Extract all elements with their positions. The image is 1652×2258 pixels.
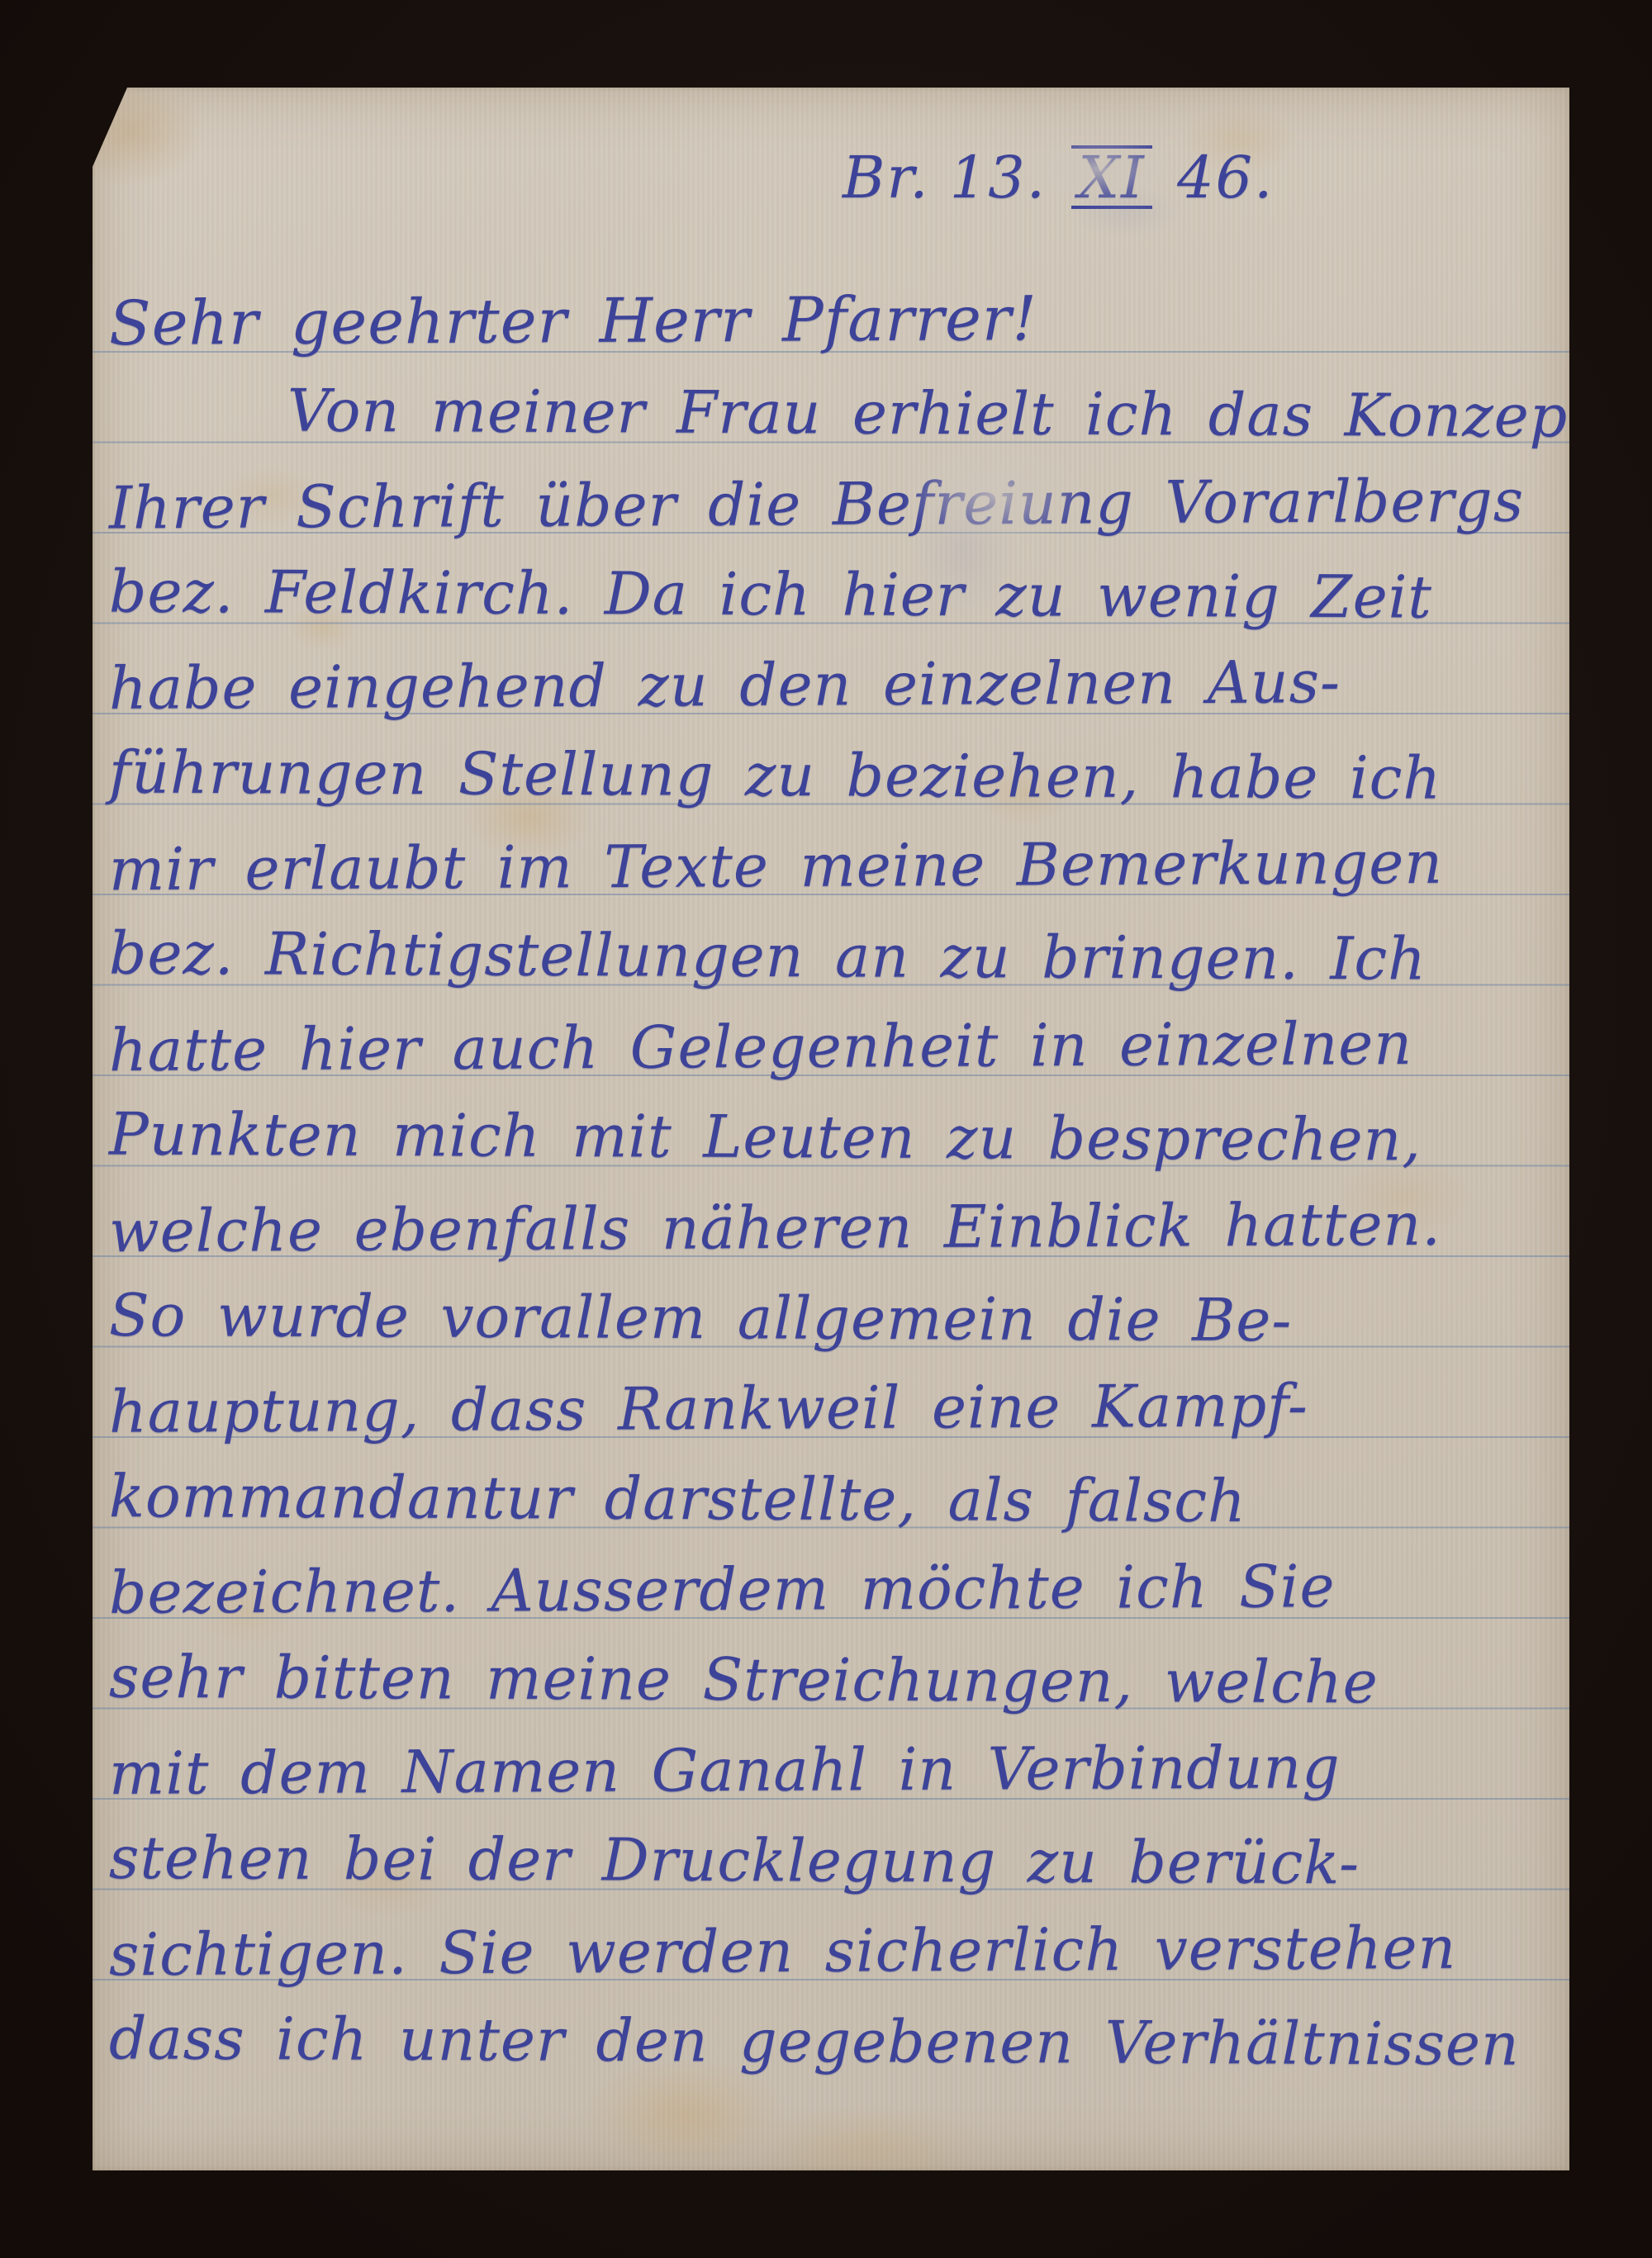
date-roman-month: XI	[1071, 145, 1152, 209]
handwritten-line: habe eingehend zu den einzelnen Aus-	[109, 652, 1341, 718]
handwritten-line: stehen bei der Drucklegung zu berück-	[109, 1829, 1360, 1893]
handwritten-line: Punkten mich mit Leuten zu besprechen,	[109, 1105, 1422, 1169]
handwritten-line: bez. Richtigstellungen an zu bringen. Ic…	[109, 924, 1427, 989]
handwritten-line: dass ich unter den gegebenen Verhältniss…	[109, 2009, 1520, 2073]
handwritten-line: kommandantur darstellte, als falsch	[109, 1467, 1246, 1530]
scanned-letter: Br. 13. XI 46. Sehr geehrter Herr Pfarre…	[0, 0, 1652, 2258]
handwritten-line: bezeichnet. Ausserdem möchte ich Sie	[109, 1557, 1336, 1622]
handwritten-line: welche ebenfalls näheren Einblick hatten…	[109, 1195, 1441, 1260]
handwritten-line: So wurde vorallem allgemein die Be-	[109, 1286, 1293, 1350]
date-line: Br. 13. XI 46.	[843, 145, 1274, 209]
salutation: Sehr geehrter Herr Pfarrer!	[109, 288, 1037, 354]
handwritten-line: mit dem Namen Ganahl in Verbindung	[109, 1738, 1341, 1803]
handwritten-line: führungen Stellung zu beziehen, habe ich	[109, 742, 1441, 807]
handwritten-line: sichtigen. Sie werden sicherlich versteh…	[109, 1919, 1457, 1985]
date-prefix: Br. 13.	[843, 144, 1047, 211]
handwritten-line: bez. Feldkirch. Da ich hier zu wenig Zei…	[109, 562, 1432, 627]
handwritten-line: sehr bitten meine Streichungen, welche	[109, 1648, 1379, 1712]
handwritten-line: hauptung, dass Rankweil eine Kampf-	[109, 1376, 1308, 1441]
handwritten-line: Von meiner Frau erhielt ich das Konzept	[287, 382, 1593, 446]
handwritten-line: mir erlaubt im Texte meine Bemerkungen	[109, 833, 1443, 899]
handwritten-line: hatte hier auch Gelegenheit in einzelnen	[109, 1014, 1412, 1079]
handwritten-line: Ihrer Schrift über die Befreiung Vorarlb…	[109, 472, 1525, 538]
date-suffix: 46.	[1177, 144, 1274, 211]
letter-page: Br. 13. XI 46. Sehr geehrter Herr Pfarre…	[93, 88, 1569, 2170]
